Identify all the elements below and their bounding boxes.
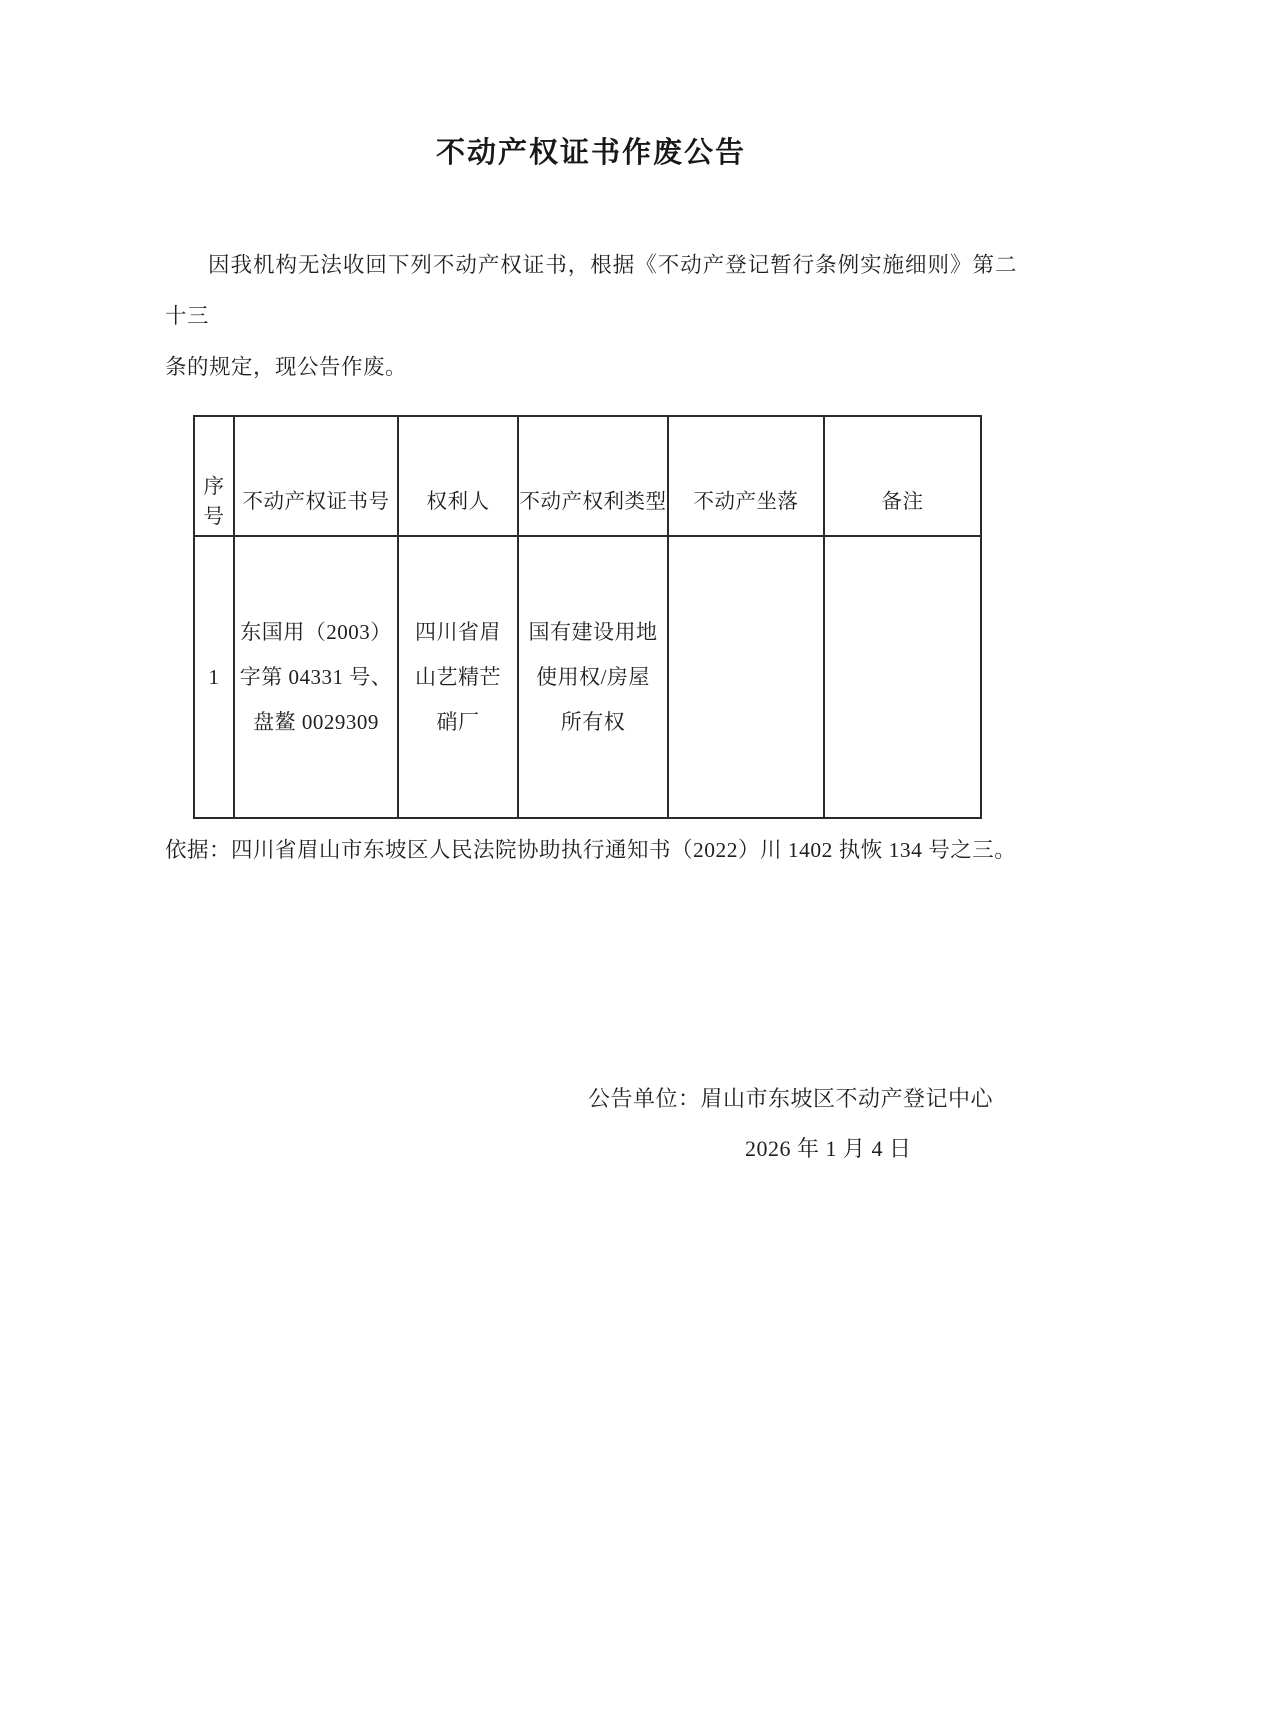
- date-line: 2026 年 1 月 4 日: [745, 1132, 912, 1163]
- intro-paragraph-line-2: 条的规定，现公告作废。: [165, 342, 1017, 393]
- cell-location: [668, 536, 824, 818]
- header-certificate: 不动产权证书号: [234, 416, 398, 536]
- document-page: 不动产权证书作废公告 因我机构无法收回下列不动产权证书，根据《不动产登记暂行条例…: [0, 0, 1279, 1732]
- issuer-line: 公告单位：眉山市东坡区不动产登记中心: [588, 1082, 993, 1113]
- header-holder: 权利人: [398, 416, 518, 536]
- header-seq: 序号: [194, 416, 234, 536]
- cell-remark: [824, 536, 981, 818]
- document-content: 不动产权证书作废公告 因我机构无法收回下列不动产权证书，根据《不动产登记暂行条例…: [165, 0, 1017, 867]
- intro-paragraph-line-1: 因我机构无法收回下列不动产权证书，根据《不动产登记暂行条例实施细则》第二十三: [165, 240, 1017, 342]
- cell-certificate-no: 东国用（2003） 字第 04331 号、 盘鳌 0029309: [234, 536, 398, 818]
- document-title: 不动产权证书作废公告: [165, 136, 1017, 170]
- cell-seq: 1: [194, 536, 234, 818]
- basis-note: 依据：四川省眉山市东坡区人民法院协助执行通知书（2022）川 1402 执恢 1…: [165, 833, 1017, 867]
- cell-holder: 四川省眉 山艺精芒 硝厂: [398, 536, 518, 818]
- header-location: 不动产坐落: [668, 416, 824, 536]
- header-right-type: 不动产权利类型: [518, 416, 668, 536]
- header-remark: 备注: [824, 416, 981, 536]
- right-type-text: 国有建设用地 使用权/房屋 所有权: [519, 610, 667, 745]
- cell-right-type: 国有建设用地 使用权/房屋 所有权: [518, 536, 668, 818]
- table-row: 1 东国用（2003） 字第 04331 号、 盘鳌 0029309 四川省眉 …: [194, 536, 981, 818]
- certificate-table: 序号 不动产权证书号 权利人 不动产权利类型 不动产坐落 备注 1 东国用（20…: [193, 415, 982, 819]
- intro-paragraph: 因我机构无法收回下列不动产权证书，根据《不动产登记暂行条例实施细则》第二十三 条…: [165, 240, 1017, 393]
- certificate-no-text: 东国用（2003） 字第 04331 号、 盘鳌 0029309: [235, 610, 397, 745]
- holder-text: 四川省眉 山艺精芒 硝厂: [399, 610, 517, 745]
- table-header-row: 序号 不动产权证书号 权利人 不动产权利类型 不动产坐落 备注: [194, 416, 981, 536]
